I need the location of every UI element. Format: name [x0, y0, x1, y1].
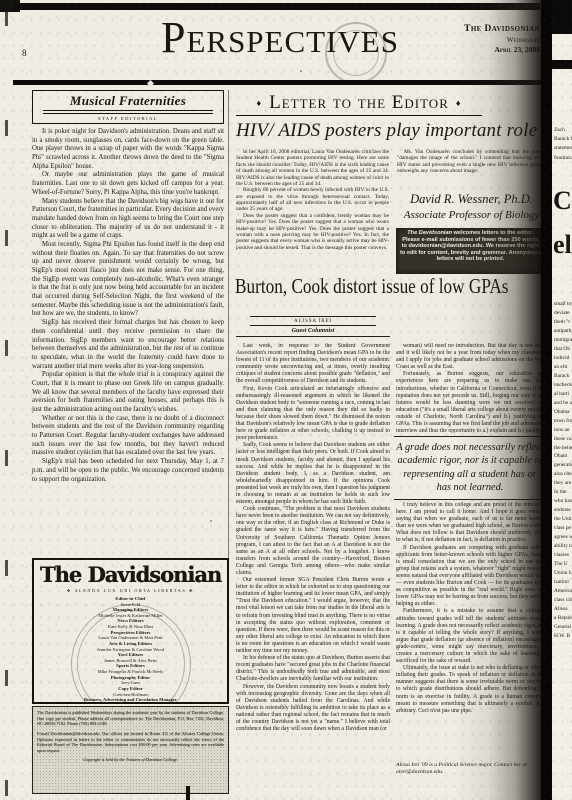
masthead-block: The Davidsonian Wednesday April 23, 2008 — [424, 24, 540, 54]
column-paragraph: Ultimately, the issue at stake is not wh… — [396, 665, 546, 715]
adjacent-headline-fragment: Ch — [553, 186, 572, 216]
top-rule — [13, 3, 540, 10]
adjacent-page-text-fragment: Zach Barack C statemen fundrais — [554, 126, 572, 163]
staff-row: Sports Editors Mike Frongello & Patrick … — [34, 663, 227, 674]
column-paragraph: woman) will need no introduction. But th… — [396, 343, 546, 371]
issue-date: April 23, 2008 — [424, 45, 540, 54]
staff-row: Editor-in-Chief Suzie Eckl — [34, 596, 227, 607]
paper-motto: ❖ Alenda Lux Ubi Orta Libertas ❖ — [34, 588, 227, 593]
letter-section-header: ♦Letter to the Editor♦ — [236, 92, 482, 116]
editorial-paragraph: SigEp's trial has been scheduled for nex… — [32, 458, 224, 484]
letter-paragraph: In her April 16, 2008 editorial, Laura V… — [236, 149, 389, 187]
letter-column-a: In her April 16, 2008 editorial, Laura V… — [236, 149, 389, 268]
dust-speck — [300, 70, 302, 72]
pull-quote: A grade does not necessarily reflect aca… — [394, 436, 546, 500]
column-paragraph: In his defense of the status quo at Davi… — [236, 655, 390, 683]
staff-row: Yowl Editors James Bonwell & Alex Betts — [34, 652, 227, 663]
column-paragraph: Sadly, Cook seems to believe that Davids… — [236, 442, 390, 506]
diamond-icon: ♦ — [250, 98, 270, 108]
author-bio: Alissa Irei '09 is a Political Science m… — [396, 762, 546, 777]
page-gutter — [541, 0, 552, 800]
paper-masthead-box: The Davidsonian ❖ Alenda Lux Ubi Orta Li… — [32, 558, 229, 704]
paper-name: The Davidsonian — [424, 24, 540, 36]
column-paragraph: If Davidson graduates are competing with… — [396, 545, 546, 609]
paper-banner-name: The Davidsonian — [34, 562, 227, 587]
staff-row: Business, Advertising and Circulation Ma… — [34, 697, 227, 704]
column-a: Last week, in response to the Student Go… — [236, 343, 390, 798]
letter-paragraph: Does the poster suggest that a confident… — [236, 213, 389, 251]
column-paragraph: Fortunately, as Burton suggests, our edu… — [396, 371, 546, 433]
adjacent-page-text-fragment: small tow deviate them "t antipathy immi… — [554, 300, 572, 798]
page-number: 8 — [22, 48, 27, 58]
byline-author: Alissa Irei — [250, 316, 376, 326]
letter-section-title: Letter to the Editor — [269, 92, 449, 113]
staff-row: News Editors Kate Kelly & Nina Mast — [34, 618, 227, 629]
editorial-paragraph: Many students believe that the Davidson'… — [32, 198, 224, 241]
editorial-paragraph: Popular opinion is that the whole trial … — [32, 371, 224, 414]
editorial-body: It is poker night for Davidson's adminis… — [32, 128, 224, 552]
section-title: Perspectives — [112, 10, 448, 65]
staff-row: Perspectives Editors Laura Van Oudenaren… — [34, 630, 227, 641]
newspaper-page: 8 Perspectives The Davidsonian Wednesday… — [0, 0, 572, 800]
letters-policy-box: The Davidsonian welcomes letters to the … — [396, 228, 545, 274]
column-paragraph: However, the Davidson community now boas… — [236, 684, 390, 734]
staff-row: Managing Editors Michelle Jester & Kathe… — [34, 607, 227, 618]
column-paragraph: Our esteemed former SGA President Chris … — [236, 577, 390, 655]
byline-block: Alissa Irei Guest Columnist — [236, 316, 390, 337]
editorial-paragraph: Or maybe our administration plays the ga… — [32, 171, 224, 197]
publication-fine-print: The Davidsonian is published Wednesdays … — [32, 706, 229, 794]
column-b-lower: I truly believe in this college and am p… — [396, 502, 546, 760]
staff-editorial-header: Musical Fraternities Staff Editorial — [32, 90, 224, 124]
signature-name: David R. Wessner, Ph.D. — [394, 191, 549, 208]
column-headline: Burton, Cook distort issue of low GPAs — [235, 274, 508, 299]
column-paragraph: I truly believe in this college and am p… — [396, 502, 546, 545]
letter-paragraph: Ms. Van Oudenaren concludes by contendin… — [397, 149, 545, 175]
adjacent-page-edge: Zach Barack C statemen fundrais Ch eli s… — [552, 0, 572, 800]
staff-row: Copy Editor Gretchen Hoffman — [34, 686, 227, 697]
header-rule — [13, 80, 542, 85]
editorial-paragraph: Most recently, Sigma Phi Epsilon has fou… — [32, 241, 224, 319]
issue-day: Wednesday — [424, 36, 540, 45]
letter-signature: David R. Wessner, Ph.D. Associate Profes… — [394, 191, 549, 223]
editorial-kicker: Staff Editorial — [35, 116, 221, 121]
staff-row: Arts & Living Editors Jennifer Errington… — [34, 641, 227, 652]
scan-artifact-edge-dashes — [5, 10, 8, 800]
adjacent-headline-fragment: eli — [553, 230, 572, 260]
letter-paragraph: Roughly 80 percent of women newly infect… — [236, 187, 389, 213]
column-paragraph: First, Kevin Cook articulated an infuria… — [236, 386, 390, 443]
editorial-title: Musical Fraternities — [35, 93, 221, 109]
letter-headline: HIV/ AIDS posters play important role — [236, 120, 572, 142]
diamond-icon: ♦ — [449, 98, 469, 108]
title-rule — [43, 110, 213, 114]
copyright-line: Copyright is held by the Trustees of Dav… — [37, 757, 224, 763]
column-paragraph: Furthermore, it is a mistake to assume t… — [396, 608, 546, 665]
fine-print-paragraph: The Davidsonian is published Wednesdays … — [37, 710, 224, 727]
column-b-upper: woman) will need no introduction. But th… — [396, 343, 546, 433]
adjacent-page-rule — [552, 60, 572, 69]
editorial-paragraph: It is poker night for Davidson's adminis… — [32, 128, 224, 171]
staff-row: Photography Editor Joey Gum — [34, 675, 227, 686]
byline-role: Guest Columnist — [236, 326, 390, 337]
letter-column-b: Ms. Van Oudenaren concludes by contendin… — [397, 149, 545, 189]
signature-title: Associate Professor of Biology — [394, 208, 549, 223]
scan-artifact-bottom-mark — [186, 786, 190, 800]
staff-names: Robbie Squibb, Laura Fontaine & Jamie Ho… — [34, 703, 227, 704]
adjacent-page-corner-mark — [552, 0, 572, 34]
column-paragraph: Cook continues, "The problem is that mos… — [236, 506, 390, 577]
fine-print-paragraph: E-mail Davidsonian@davidson.edu. Our off… — [37, 731, 224, 754]
column-paragraph: Last week, in response to the Student Go… — [236, 343, 390, 386]
editorial-paragraph: SigEp has received their formal charges … — [32, 319, 224, 371]
editorial-paragraph: Whether or not this is the case, there i… — [32, 415, 224, 458]
policy-paper-name: The Davidsonian — [407, 230, 452, 236]
